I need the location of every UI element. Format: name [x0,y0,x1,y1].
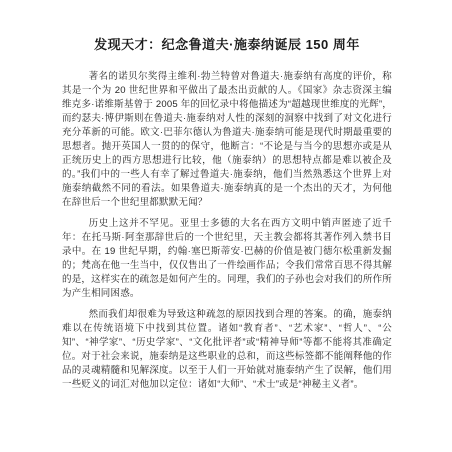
paragraph-2: 历史上这并不罕见。亚里士多德的大名在西方文明中销声匿迹了近千年：在托马斯·阿奎那… [62,217,392,301]
document-title: 发现天才：纪念鲁道夫·施泰纳诞辰 150 周年 [62,34,392,53]
paragraph-1: 著名的诺贝尔奖得主维利·勃兰特曾对鲁道夫·施泰纳有高度的评价，称其是一个为 20… [62,70,392,210]
paragraph-3: 然而我们却很难为导致这种疏忽的原因找到合理的答案。的确，施泰纳难以在传统语境下中… [62,308,392,392]
document-page: 发现天才：纪念鲁道夫·施泰纳诞辰 150 周年 著名的诺贝尔奖得主维利·勃兰特曾… [0,0,452,452]
